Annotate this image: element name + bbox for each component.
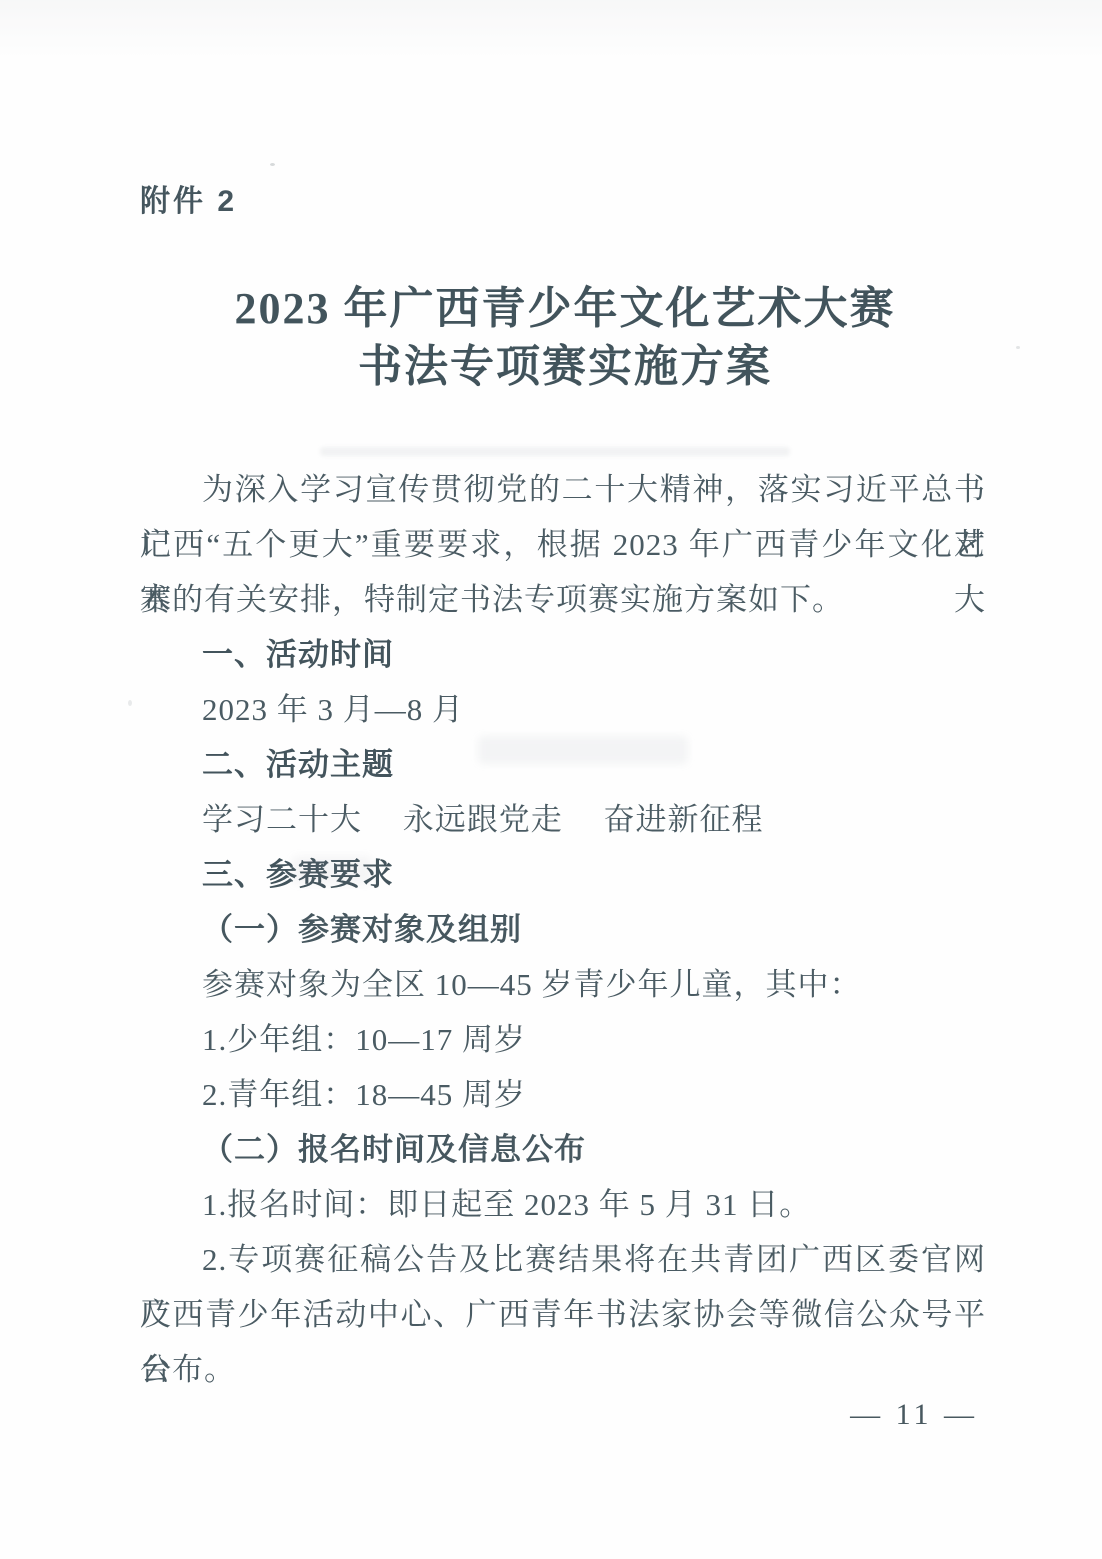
page-number: — 11 — bbox=[850, 1398, 978, 1432]
registration-time-line: 1.报名时间：即日起至 2023 年 5 月 31 日。 bbox=[140, 1177, 986, 1232]
subheading-participants-groups: （一）参赛对象及组别 bbox=[140, 902, 986, 957]
heading-entry-requirements: 三、参赛要求 bbox=[140, 847, 986, 902]
scan-artifact-speck bbox=[270, 163, 275, 166]
group-junior-line: 1.少年组：10—17 周岁 bbox=[140, 1012, 986, 1067]
heading-activity-theme: 二、活动主题 bbox=[140, 737, 986, 792]
attachment-label: 附件 2 bbox=[140, 176, 237, 220]
intro-line-2: 广西“五个更大”重要要求，根据 2023 年广西青少年文化艺术大 bbox=[140, 517, 986, 572]
intro-line-1: 为深入学习宣传贯彻党的二十大精神，落实习近平总书记对 bbox=[140, 462, 986, 517]
scanned-document-page: 附件 2 2023 年广西青少年文化艺术大赛 书法专项赛实施方案 为深入学习宣传… bbox=[0, 0, 1102, 1559]
scan-artifact-speck bbox=[1016, 346, 1020, 349]
announcement-line-2: 广西青少年活动中心、广西青年书法家协会等微信公众号平台 bbox=[140, 1287, 986, 1342]
document-body: 为深入学习宣传贯彻党的二十大精神，落实习近平总书记对 广西“五个更大”重要要求，… bbox=[140, 462, 986, 1397]
announcement-line-1: 2.专项赛征稿公告及比赛结果将在共青团广西区委官网及 bbox=[140, 1232, 986, 1287]
participants-scope-line: 参赛对象为全区 10—45 岁青少年儿童，其中： bbox=[140, 957, 986, 1012]
subheading-registration-info: （二）报名时间及信息公布 bbox=[140, 1122, 986, 1177]
activity-time-value: 2023 年 3 月—8 月 bbox=[140, 682, 986, 737]
group-youth-line: 2.青年组：18—45 周岁 bbox=[140, 1067, 986, 1122]
scan-artifact-ghost-text bbox=[320, 447, 790, 456]
announcement-line-3: 公布。 bbox=[140, 1342, 986, 1397]
activity-theme-value: 学习二十大 永远跟党走 奋进新征程 bbox=[140, 792, 986, 847]
heading-activity-time: 一、活动时间 bbox=[140, 627, 986, 682]
document-title: 2023 年广西青少年文化艺术大赛 书法专项赛实施方案 bbox=[140, 280, 990, 396]
document-title-line-1: 2023 年广西青少年文化艺术大赛 bbox=[140, 280, 990, 338]
document-title-line-2: 书法专项赛实施方案 bbox=[140, 338, 990, 396]
scan-artifact-speck bbox=[128, 700, 132, 706]
